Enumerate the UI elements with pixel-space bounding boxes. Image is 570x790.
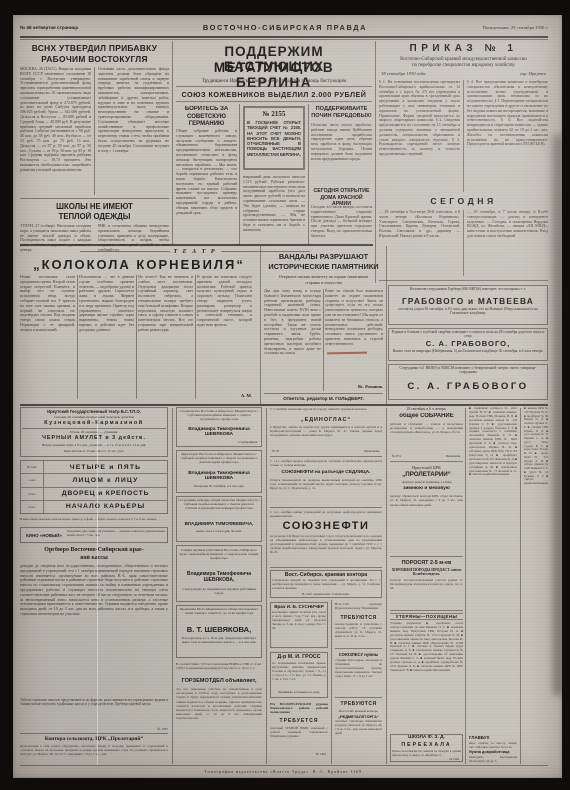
account-number: № 2155 bbox=[245, 110, 303, 118]
ad-edinoglas-num: № 97 bbox=[272, 449, 312, 453]
ad-gostheatre-line1: Иркутский Государственный театр Б.С.Т.П.… bbox=[22, 409, 166, 414]
ad-pereselench-head: ТРЕБУЮТСЯ bbox=[335, 615, 382, 621]
ad-orgburo-body: доводит до сведения всех государственных… bbox=[20, 564, 168, 696]
ad-sedlitsa-name: СОЮЗНЕФТИ на разъезде СЕДЛИЦА. bbox=[270, 470, 382, 475]
ad-edinoglas-body: в Иркутске; заказы на переброску грузов … bbox=[270, 425, 382, 447]
ad-kontora-head: Контора сельхозотд. ЦРК „Пролетарий“ bbox=[20, 736, 168, 742]
article-prikaz-title: ПРИКАЗ № 1 bbox=[379, 43, 548, 54]
ad-gross-note: Принимаю и больных на дому. bbox=[272, 690, 326, 694]
rule bbox=[80, 251, 170, 252]
article-school-headline-2: ТЕПЛОЙ ОДЕЖДЫ bbox=[20, 212, 169, 221]
ad-kino-name: КИНО «НОВЫЙ» bbox=[21, 533, 67, 538]
cinema-dates: 30 сент. 1 окт. 2 окт. 3 окт. bbox=[21, 461, 44, 513]
ad-soyuzneft-top: С 1-го октября заявки учреждений на полу… bbox=[270, 510, 382, 519]
rule bbox=[264, 393, 383, 394]
rule bbox=[22, 428, 166, 429]
obituary-5-name: В. Т. ШЕВЯКОВА, bbox=[178, 625, 260, 634]
ad-gostheatre-line4: Утром, 29 сентября, — утренник: bbox=[22, 430, 166, 434]
article-prikaz-place: гор. Иркутск bbox=[473, 71, 546, 76]
obituary-1-name: Владимира Тимофеевича ШЕВЯКОВА bbox=[178, 427, 260, 439]
ad-soyuzles-head: СОЮЗЛЕСУ нужны bbox=[335, 652, 382, 657]
article-school-headline-1: ШКОЛЫ НЕ ИМЕЮТ bbox=[20, 202, 169, 211]
cinema-date: 1 окт. bbox=[21, 474, 43, 487]
rule bbox=[270, 567, 382, 568]
article-vsnh-headline-1: ВСНХ УТВЕРДИЛ ПРИБАВКУ bbox=[20, 43, 169, 53]
section-rule bbox=[20, 244, 373, 246]
vandals-sub1: Открытое письмо комитету по охране памят… bbox=[264, 274, 383, 279]
rule bbox=[77, 275, 78, 399]
article-center-text: вчерашний день поступило взносов 1.115 р… bbox=[243, 175, 305, 245]
cinema-date: 3 окт. bbox=[21, 501, 43, 513]
obituary-4-top: Секция научных работников Восточно-Сибир… bbox=[178, 548, 260, 569]
ad-voskresensk-num: № 1393 bbox=[270, 752, 326, 756]
ad-redmetal-head: ТРЕБУЮТСЯ bbox=[335, 701, 382, 707]
rule bbox=[465, 408, 466, 764]
section-segodnya-title: СЕГОДНЯ bbox=[379, 196, 548, 206]
ad-redmetal-name: „РЕДМЕТАЛЛТОРГА“ bbox=[335, 714, 382, 719]
rule bbox=[94, 67, 95, 195]
rule bbox=[20, 765, 548, 766]
ad-soyuzmoloko-sig: В.-Сиб. краевая конт. Союзмолоко. bbox=[272, 592, 380, 596]
obituary-2-top: Директорат Восточно-Сибирского Мединстит… bbox=[178, 452, 260, 469]
ad-soyuzmoloko-head: Вост.-Сибирск. краевая контора bbox=[272, 572, 380, 578]
funeral-1-bottom: состоятся утром 30 сентября, в 4½ часа д… bbox=[391, 307, 545, 322]
rule bbox=[463, 210, 464, 276]
rubric-theatre-label: Т Е А Т Р bbox=[174, 249, 217, 255]
vandals-signature: Вс. Романов. bbox=[325, 384, 383, 389]
obituary-2-note: Похороны 30 сентября, в 4 часа дня. bbox=[178, 484, 260, 488]
ad-soyuzmoloko-body: Союзмолоко доводит до сведения всех учре… bbox=[272, 579, 380, 591]
cinema-date: 30 сент. bbox=[21, 461, 43, 474]
article-berlin-banner: СОЮЗ КОЖЕВНИКОВ ВЫДЕЛИЛ 2.000 РУБЛЕЙ bbox=[176, 90, 372, 99]
rule bbox=[520, 408, 521, 764]
funeral-3-top: Сотрудники №1 ВКП(б) и ВЛКСМ извещают о … bbox=[391, 366, 545, 378]
rule bbox=[335, 648, 382, 649]
scan-edge-bottom bbox=[0, 778, 570, 790]
ad-gorzem-pre: В соответствии с § 8 постановления ВЦИК … bbox=[176, 662, 262, 676]
ad-porosyata-head: ПОРОСЯТ 2-5 м-ев bbox=[390, 560, 463, 566]
ad-porosyata-body: Осмотр: лесозаготовительный участок (рай… bbox=[390, 579, 463, 607]
vandals-sub2: старины и искусства bbox=[264, 280, 383, 285]
obituary-3-name: ВЛАДИМИРА ТИМОФЕЕВИЧА, bbox=[178, 521, 260, 526]
rule bbox=[195, 275, 196, 399]
ad-proletariy-bold: зимнюю и меховую bbox=[390, 486, 463, 491]
rule bbox=[390, 610, 463, 611]
vandals-col1: Два дня тому назад в ограде бывшего Знам… bbox=[264, 289, 321, 391]
ad-shkola-body: Прием возобновляется; занятия по вечерам… bbox=[392, 749, 461, 757]
rule bbox=[20, 733, 168, 734]
ad-voskresensk-body: опытный ЗУБНОЙ ВРАЧ, знакомый с зубной т… bbox=[270, 726, 328, 750]
masthead-rule bbox=[20, 36, 548, 38]
rule bbox=[266, 408, 267, 764]
article-prikaz-sub2: по переброске специалистов народному хоз… bbox=[379, 63, 548, 68]
masthead-issue: № 48 четвертая страница bbox=[20, 25, 190, 30]
ad-orgburo-head2: вой кассы bbox=[20, 555, 168, 561]
article-prikaz-sub1: Восточно-Сибирской краевой междуведомств… bbox=[379, 57, 548, 62]
funeral-2-name: С. А. ГРАБОВОГО, bbox=[391, 339, 545, 348]
account-text: В ГОСБАНКЕ ОТКРЫТ ТЕКУЩИЙ СЧЕТ № 2155. Н… bbox=[247, 120, 301, 166]
scan-edge-right bbox=[562, 0, 570, 790]
ad-shkola-bold: ПЕРЕЕХАЛА bbox=[392, 742, 461, 748]
ad-sedlitsa-body: Отпуск производится по ордерам, выписанн… bbox=[270, 478, 382, 504]
subhead-support: ПОДДЕРЖИВАЙТЕ ПОЧИН ПЕРЕДОВЫХ! bbox=[311, 106, 372, 120]
obituary-3-top: Сотрудники кафедры общей биологии Мединс… bbox=[178, 498, 260, 519]
ad-gross-body: по возвращении возобновил прием: внутрен… bbox=[272, 662, 326, 688]
ad-redmetal-top: Вост.-Сиб. краевой конторе bbox=[335, 709, 382, 713]
article-berlin-subhead: Трудящиеся Иркутска начали сбор средств … bbox=[176, 78, 372, 84]
funeral-3-name: С. А. ГРАБОВОГО bbox=[391, 381, 545, 392]
ad-sobranie-pre: 28 сентября, в 6 ч. вечера, bbox=[390, 407, 463, 411]
rule bbox=[463, 80, 464, 192]
newspaper-scan: № 48 четвертая страница ВОСТОЧНО-СИБИРСК… bbox=[0, 0, 570, 790]
rule bbox=[308, 104, 309, 245]
rule bbox=[239, 104, 240, 245]
theatre-col3: Но отчего? Как не отметить и слабых мест… bbox=[138, 275, 193, 399]
ad-voskresensk-head: ТРЕБУЕТСЯ bbox=[270, 718, 328, 724]
newspaper-page: № 48 четвертая страница ВОСТОЧНО-СИБИРСК… bbox=[13, 15, 562, 778]
ad-redmetal-body: опытные счетоводы, машинистка и курьер; … bbox=[335, 720, 382, 754]
rule bbox=[386, 408, 387, 764]
obituary-3-note: вынос тела в 3 часа дня, 30 сент. bbox=[178, 529, 260, 533]
ad-domrabotnitsa-body: Приходить: Крестьянская (Подгорная), 24,… bbox=[469, 755, 517, 762]
classifieds-list-3: ■ книжка ЦРК № 310 Фролова И. К. ■ профб… bbox=[524, 407, 548, 762]
masthead-title: ВОСТОЧНО-СИБИРСКАЯ ПРАВДА bbox=[185, 23, 385, 32]
ad-gorzem-head: ГОРЗЕМОТДЕЛ объявляет, bbox=[176, 678, 262, 684]
funeral-1-top: Коллектив сотрудников Горбюро ЮБ ВКП(б) … bbox=[391, 287, 545, 295]
obituary-4-note: о чем доводит до сведения всех научных р… bbox=[178, 587, 260, 599]
ad-proletariy-head: „ПРОЛЕТАРИЙ“ bbox=[390, 471, 463, 478]
ad-edinoglas-name: „ЕДИНОГЛАС“ bbox=[270, 417, 382, 423]
rule bbox=[136, 275, 137, 399]
ad-pereselench-top: Вост.-Сиб. краевому Переселенческому Упр… bbox=[335, 602, 382, 614]
rule bbox=[172, 408, 173, 764]
obituary-5-top: Правление Мото-Медицинского Общества изв… bbox=[178, 607, 260, 623]
rule bbox=[331, 600, 332, 764]
obituary-4-name: Владимира Тимофеевича ШЕВЯКОВА, bbox=[178, 571, 260, 585]
masthead-rule-thin bbox=[20, 39, 548, 40]
masthead-date: Понедельник, 29 сентября 1930 г. bbox=[408, 25, 548, 30]
article-dka-text: Сегодня, в 6 часов вечера, состоится тор… bbox=[311, 205, 372, 245]
ad-sobranie-head: общее СОБРАНИЕ bbox=[390, 413, 463, 419]
subhead-fight: БОРИТЕСЬ ЗА СОВЕТСКУЮ ГЕРМАНИЮ bbox=[176, 106, 237, 129]
rule bbox=[20, 198, 169, 199]
rule bbox=[270, 456, 382, 457]
column-rule bbox=[260, 246, 261, 404]
ad-pereselench-body: землеустроители и топографы с опытом раб… bbox=[335, 623, 382, 645]
ad-kontora-body: включающая в себя совхоз «Труженик», мол… bbox=[20, 744, 168, 762]
theatre-col4: В целом же спектакль следует признать уд… bbox=[197, 275, 252, 391]
ad-susnicher-body: возобновил прием: болезни уха, горла и н… bbox=[272, 611, 326, 645]
ad-uteryany-head: УТЕРЯНЫ—ПОХИЩЕНЫ bbox=[390, 613, 463, 620]
article-vsnh-col1: МОСКВА, 26 (ТАСС). Вчера на заседании ВС… bbox=[20, 67, 91, 195]
scan-crease bbox=[97, 415, 98, 765]
ad-glavbuh-body: ищет службы; зн. иностр. языки; зап.: «М… bbox=[469, 741, 517, 748]
ad-soyuzneft-body: на разъезде 2-й Иркутск и в отделениях т… bbox=[270, 534, 382, 564]
article-fight-text: Общее собрание рабочих и служащих кожеве… bbox=[176, 129, 237, 245]
obituary-2-name: Владимира Тимофеевича ШЕВЯКОВА bbox=[178, 471, 260, 483]
ad-shkola-head: ШКОЛА Ф. З. Д. bbox=[392, 735, 461, 740]
ad-gross-head: Д-р М. И. ГРОСС bbox=[272, 654, 326, 660]
column-rule bbox=[386, 246, 387, 404]
ad-orgburo-body2: Табели страховых взносов представляются … bbox=[20, 698, 168, 726]
cinema-title: НАЧАЛО КАРЬЕРЫ bbox=[44, 501, 167, 513]
rule bbox=[270, 507, 382, 508]
rule bbox=[176, 101, 372, 102]
ad-sobranie-sig: Правление. bbox=[423, 454, 461, 458]
cinema-titles: ЧЕТЫРЕ и ПЯТЬ ЛИЦОМ к ЛИЦУ ДВОРЕЦ и КРЕП… bbox=[44, 461, 167, 513]
ad-gorzem-body: что все земельные участки, не закрепленн… bbox=[176, 687, 262, 762]
scan-edge-top bbox=[0, 0, 570, 15]
article-prikaz-date: 18 сентября 1930 года. bbox=[381, 71, 471, 76]
classifieds-list-1: Утеряны документы: ■ профбилет союза сов… bbox=[390, 622, 463, 732]
ad-voskresensk-top: НА ВОСКРЕСЕНСКОМ руднике Черемховского р… bbox=[270, 702, 328, 716]
rule bbox=[335, 697, 382, 698]
rule bbox=[323, 289, 324, 391]
ad-sedlitsa-top: С 1-го октября выдача нефтепродуктов час… bbox=[270, 459, 382, 469]
ad-orgburo-num: № 1387 bbox=[20, 727, 168, 731]
theatre-col2: Исполнители — что в данном случае особен… bbox=[79, 275, 134, 399]
rule bbox=[390, 556, 463, 557]
ad-orgburo-head1: Оргбюро Восточно-Сибирской крае- bbox=[20, 547, 168, 553]
ad-cinema-note1: В кино перед началом сеансов играет орке… bbox=[20, 517, 168, 525]
rule bbox=[390, 461, 463, 462]
ad-shkola-num: № 1394 bbox=[392, 757, 459, 761]
article-theatre-title: „КОЛОКОЛА КОРНЕВИЛЯ“ bbox=[20, 257, 258, 272]
obituary-1-sig: Студпрофком. bbox=[178, 440, 258, 444]
article-vandals-headline-1: ВАНДАЛЫ РАЗРУШАЮТ bbox=[264, 252, 383, 261]
article-vandals-headline-2: ИСТОРИЧЕСКИЕ ПАМЯТНИКИ bbox=[264, 262, 383, 271]
segodnya-col2: — 29 сентября, в 7 часов вечера, в Клубе… bbox=[467, 210, 548, 276]
ad-gostheatre-line2: Сегодня, 29 сентября, прощальный спектак… bbox=[22, 415, 166, 419]
ad-proletariy-pre: Иркутский ЦРК bbox=[390, 465, 463, 470]
ad-kino-note: Ежедневно две серии; для учащихся — днев… bbox=[67, 529, 167, 541]
cinema-title: ЛИЦОМ к ЛИЦУ bbox=[44, 474, 167, 487]
editor-line: Ответств. редактор М. ГОЛЬДБЕРГ. bbox=[264, 396, 383, 401]
vandals-col2: Разве не обязан был вмешаться комитет по… bbox=[325, 289, 383, 383]
cinema-title: ЧЕТЫРЕ и ПЯТЬ bbox=[44, 461, 167, 474]
ad-susnicher-head: Врач И. Б. СУСНИЧЕР bbox=[272, 604, 326, 609]
article-vsnh-col2: Основная часть дополнительного фонда зар… bbox=[98, 67, 169, 195]
imprint-line: Типография издательства «Власть Труда». … bbox=[20, 769, 548, 774]
rule bbox=[176, 86, 372, 87]
ad-gostheatre-film: ЧЕРНЫЙ АМУЛЕТ в 3 действ. bbox=[22, 435, 166, 441]
funeral-2-top: Родные и близкие с глубокой скорбью изве… bbox=[391, 330, 545, 338]
ad-cinema-box: 30 сент. 1 окт. 2 окт. 3 окт. ЧЕТЫРЕ и П… bbox=[20, 460, 168, 514]
funeral-2-bottom: Вынос тела из квартиры (Набережная, 5) н… bbox=[391, 349, 545, 359]
cinema-title: ДВОРЕЦ и КРЕПОСТЬ bbox=[44, 488, 167, 501]
article-support-text: Отчисляя часть своего заработка, рабочие… bbox=[311, 123, 372, 185]
ad-soyuzles-body: старшие бухгалтеры, счетоводы и плановик… bbox=[335, 659, 382, 693]
ad-sobranie-num: № 974 bbox=[392, 454, 422, 458]
ad-sobranie-body: рабочих и служащих — членов и вкладчиков… bbox=[390, 422, 463, 452]
ad-porosyata-bold: ХОРОШЕЙ ПОРОДЫ ПРОДАСТ совхоз В.сиблесот… bbox=[390, 568, 463, 578]
article-vsnh-headline-2: РАБОЧИМ ВОСТОКУГЛЯ bbox=[20, 54, 169, 64]
ad-soyuzneft-name: СОЮЗНЕФТИ bbox=[270, 520, 382, 532]
article-prikaz-col2: § 4. Все предложения комиссии о переброс… bbox=[467, 80, 548, 192]
article-prikaz-col1: § 1. На основании постановления президиу… bbox=[379, 80, 460, 192]
ad-gostheatre-line7: Цены местам от 15 коп. Касса с 11 час. у… bbox=[22, 449, 166, 453]
obituary-5-note: В воскресенье, в 1 ч. 30 м. дня, граждан… bbox=[178, 636, 260, 656]
ad-glavbuh-head: ГЛАВБУХ bbox=[469, 735, 517, 740]
classifieds-list-2: ■ профбилет рабпроса № 4412 Зуевой Н. П.… bbox=[469, 407, 517, 733]
ad-proletariy-mid: закупает разную пушнину, а также bbox=[390, 480, 463, 484]
column-rule bbox=[172, 41, 173, 245]
theatre-col1: Новая постановка стала праздником сцены.… bbox=[20, 275, 75, 399]
theatre-signature: А. М. bbox=[197, 393, 252, 398]
segodnya-col1: — 29 сентября в Гостеатре 26-й спектакль… bbox=[379, 210, 460, 276]
ad-edinoglas-sig: Правление. bbox=[313, 449, 380, 453]
rule bbox=[379, 280, 548, 281]
ad-edinoglas-top: С 1 октября перевозка грузов по городу п… bbox=[270, 407, 382, 416]
ad-proletariy-body: одежду; обращаться: контора ЦРК, отдел з… bbox=[390, 494, 463, 552]
ad-gostheatre-line6: Начало вечерних спект. в 8 ч. веч., утре… bbox=[22, 443, 166, 447]
ad-domrabotnitsa-head: Нужна домработница bbox=[469, 750, 517, 754]
obituary-1-top: Студенчество Восточно-Сибирского Мединст… bbox=[178, 409, 260, 425]
funeral-1-name: ГРАБОВОГО и МАТВЕЕВА bbox=[391, 296, 545, 306]
scan-edge-left bbox=[0, 0, 13, 790]
ad-kino-strip: КИНО «НОВЫЙ» Ежедневно две серии; для уч… bbox=[20, 527, 168, 543]
cinema-date: 2 окт. bbox=[21, 488, 43, 501]
column-rule bbox=[375, 41, 376, 283]
ad-gostheatre-actress: Кузнецовой-Кармазиной bbox=[22, 420, 166, 426]
